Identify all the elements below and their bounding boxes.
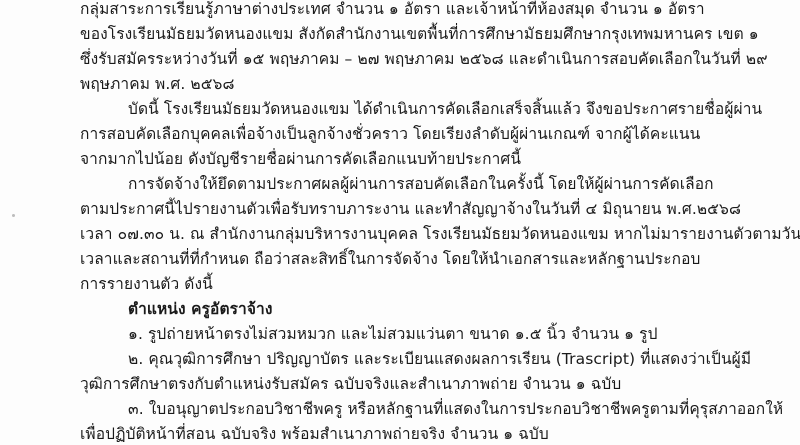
announcement-line-1: บัดนี้ โรงเรียนมัธยมวัดหนองแขม ได้ดำเนิน… — [128, 97, 762, 121]
employment-line-2: ตามประกาศนี้ไปรายงานตัวเพื่อรับทราบภาระง… — [80, 197, 741, 221]
intro-line-4: พฤษภาคม พ.ศ. ๒๕๖๘ — [80, 72, 235, 96]
requirement-3-line-2: เพื่อปฏิบัติหน้าที่สอน ฉบับจริง พร้อมสำเ… — [80, 422, 549, 445]
scan-artifact — [12, 214, 15, 217]
announcement-line-2: การสอบคัดเลือกบุคคลเพื่อจ้างเป็นลูกจ้างช… — [80, 122, 700, 146]
requirement-3-line-1: ๓. ใบอนุญาตประกอบวิชาชีพครู หรือหลักฐานท… — [128, 397, 783, 421]
requirement-2-line-1: ๒. คุณวุฒิการศึกษา ปริญญาบัตร และระเบียน… — [128, 347, 751, 371]
employment-line-3: เวลา ๐๗.๓๐ น. ณ สำนักงานกลุ่มบริหารงานบุ… — [80, 222, 800, 246]
requirement-2-line-2: วุฒิการศึกษาตรงกับตำแหน่งรับสมัคร ฉบับจร… — [80, 372, 621, 396]
requirement-1-line-1: ๑. รูปถ่ายหน้าตรงไม่สวมหมวก และไม่สวมแว่… — [128, 322, 658, 346]
employment-line-4: เวลาและสถานที่ที่กำหนด ถือว่าสละสิทธิ์ใน… — [80, 247, 700, 271]
intro-line-3: ซึ่งรับสมัครระหว่างวันที่ ๑๕ พฤษภาคม – ๒… — [80, 47, 768, 71]
intro-line-1: กลุ่มสาระการเรียนรู้ภาษาต่างประเทศ จำนวน… — [80, 0, 705, 21]
announcement-line-3: จากมากไปน้อย ดังบัญชีรายชื่อผ่านการคัดเล… — [80, 147, 521, 171]
employment-line-1: การจัดจ้างให้ยึดตามประกาศผลผู้ผ่านการสอบ… — [128, 172, 714, 196]
intro-line-2: ของโรงเรียนมัธยมวัดหนองแขม สังกัดสำนักงา… — [80, 22, 759, 46]
position-heading: ตำแหน่ง ครูอัตราจ้าง — [128, 297, 273, 321]
employment-line-5: การรายงานตัว ดังนี้ — [80, 272, 213, 296]
scanned-document-page: กลุ่มสาระการเรียนรู้ภาษาต่างประเทศ จำนวน… — [0, 0, 800, 445]
